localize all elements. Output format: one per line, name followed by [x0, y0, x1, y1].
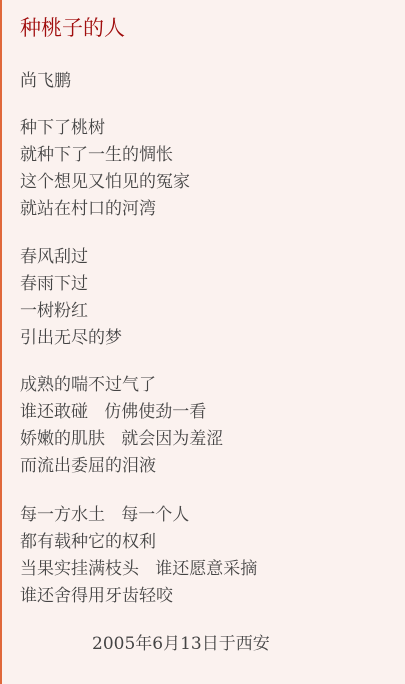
poem-line: 一树粉红: [20, 298, 122, 325]
poem-author: 尚飞鹏: [20, 68, 71, 94]
poem-line: 谁还舍得用牙齿轻咬: [20, 583, 257, 610]
poem-line: 这个想见又怕见的冤家: [20, 169, 190, 196]
poem-signature-date: 2005年6月13日于西安: [92, 630, 270, 658]
poem-line: 成熟的喘不过气了: [20, 372, 223, 399]
poem-line: 就种下了一生的惆怅: [20, 142, 190, 169]
poem-line: 都有载种它的权利: [20, 529, 257, 556]
stanza-1: 种下了桃树 就种下了一生的惆怅 这个想见又怕见的冤家 就站在村口的河湾: [20, 115, 190, 223]
poem-line: 春雨下过: [20, 271, 122, 298]
poem-line: 娇嫩的肌肤 就会因为羞涩: [20, 426, 223, 453]
poem-line: 就站在村口的河湾: [20, 196, 190, 223]
left-accent-border: [0, 0, 2, 684]
stanza-2: 春风刮过 春雨下过 一树粉红 引出无尽的梦: [20, 244, 122, 352]
stanza-3: 成熟的喘不过气了 谁还敢碰 仿佛使劲一看 娇嫩的肌肤 就会因为羞涩 而流出委屈的…: [20, 372, 223, 480]
poem-line: 种下了桃树: [20, 115, 190, 142]
poem-line: 当果实挂满枝头 谁还愿意采摘: [20, 556, 257, 583]
poem-line: 引出无尽的梦: [20, 325, 122, 352]
poem-line: 春风刮过: [20, 244, 122, 271]
poem-title: 种桃子的人: [20, 13, 125, 43]
poem-line: 每一方水土 每一个人: [20, 502, 257, 529]
poem-line: 谁还敢碰 仿佛使劲一看: [20, 399, 223, 426]
stanza-4: 每一方水土 每一个人 都有载种它的权利 当果实挂满枝头 谁还愿意采摘 谁还舍得用…: [20, 502, 257, 610]
poem-line: 而流出委屈的泪液: [20, 453, 223, 480]
